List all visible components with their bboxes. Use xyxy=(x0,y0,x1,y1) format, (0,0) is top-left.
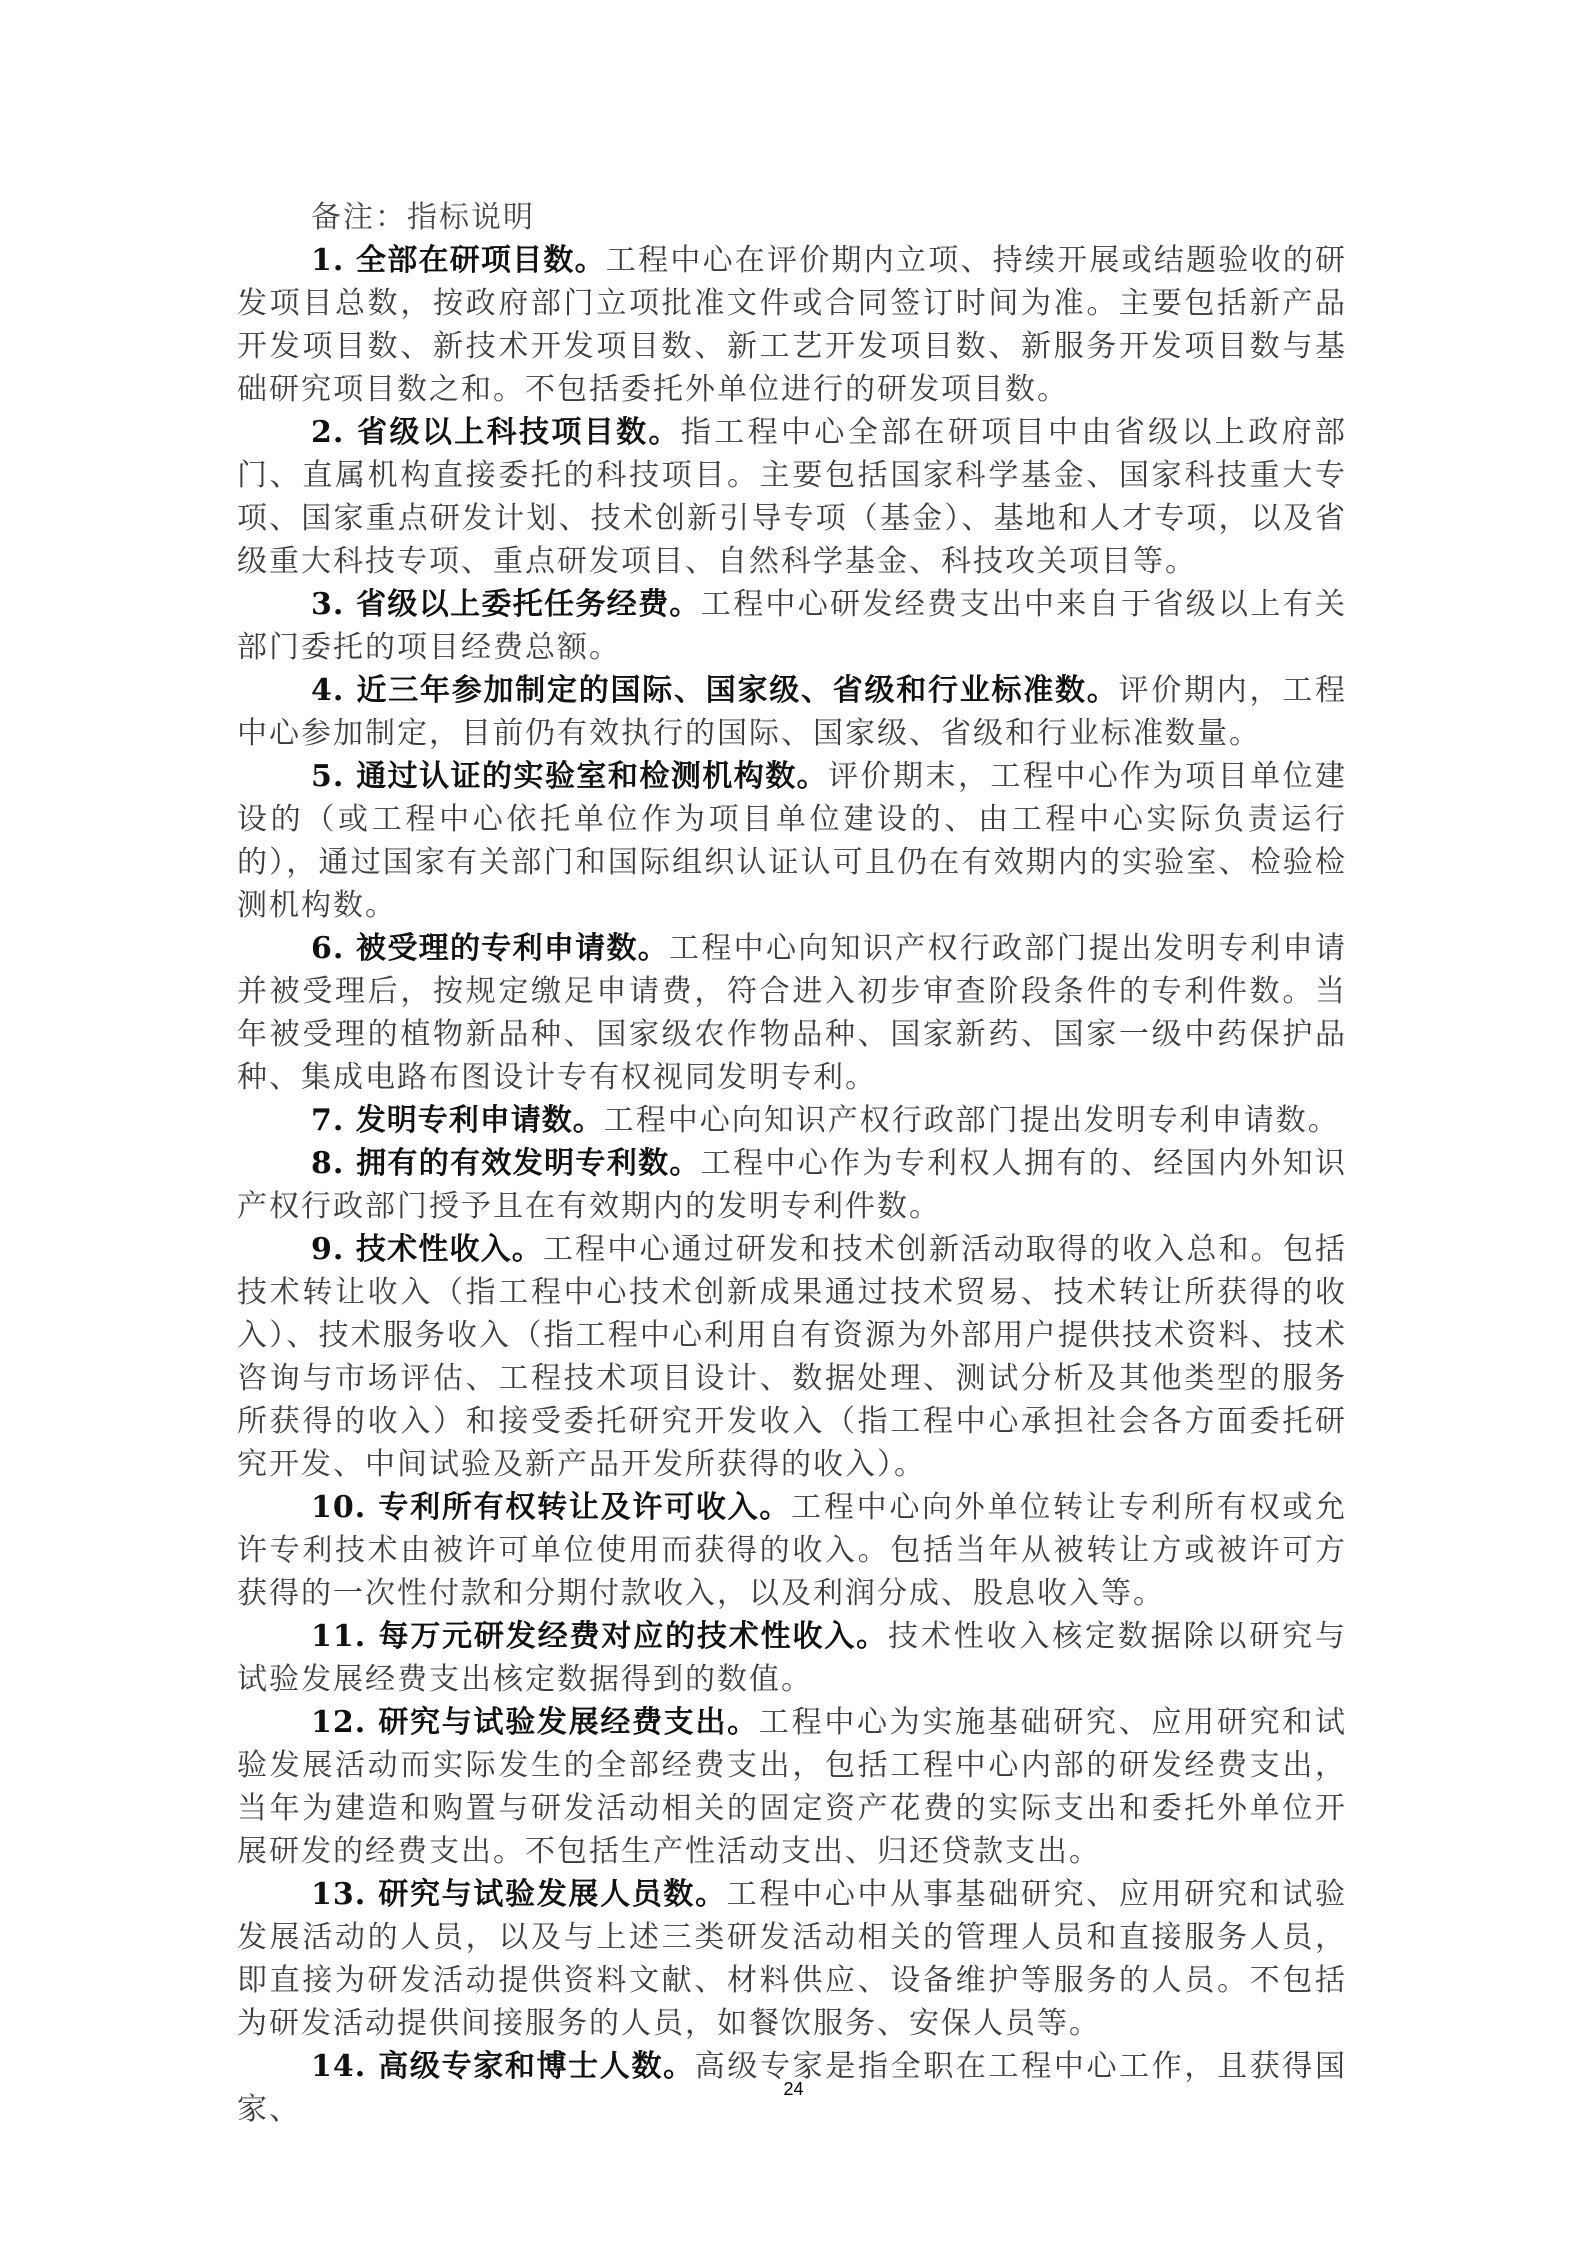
indicator-description: 工程中心向知识产权行政部门提出发明专利申请数。 xyxy=(604,1103,1340,1138)
indicator-item-11: 11. 每万元研发经费对应的技术性收入。技术性收入核定数据除以研究与试验发展经费… xyxy=(237,1615,1347,1701)
indicator-item-2: 2. 省级以上科技项目数。指工程中心全部在研项目中由省级以上政府部门、直属机构直… xyxy=(237,411,1347,583)
page-number: 24 xyxy=(0,2079,1587,2100)
indicator-item-7: 7. 发明专利申请数。工程中心向知识产权行政部门提出发明专利申请数。 xyxy=(237,1099,1347,1142)
indicator-term: 2. 省级以上科技项目数。 xyxy=(311,415,681,450)
indicator-term: 7. 发明专利申请数。 xyxy=(311,1103,604,1138)
indicator-term: 8. 拥有的有效发明专利数。 xyxy=(311,1146,701,1181)
document-body: 备注：指标说明 1. 全部在研项目数。工程中心在评价期内立项、持续开展或结题验收… xyxy=(237,196,1347,2131)
indicator-item-8: 8. 拥有的有效发明专利数。工程中心作为专利权人拥有的、经国内外知识产权行政部门… xyxy=(237,1142,1347,1228)
indicator-term: 4. 近三年参加制定的国际、国家级、省级和行业标准数。 xyxy=(311,673,1119,708)
indicator-item-1: 1. 全部在研项目数。工程中心在评价期内立项、持续开展或结题验收的研发项目总数，… xyxy=(237,239,1347,411)
note-heading: 备注：指标说明 xyxy=(237,196,1347,239)
indicator-item-9: 9. 技术性收入。工程中心通过研发和技术创新活动取得的收入总和。包括技术转让收入… xyxy=(237,1228,1347,1486)
indicator-item-4: 4. 近三年参加制定的国际、国家级、省级和行业标准数。评价期内，工程中心参加制定… xyxy=(237,669,1347,755)
indicator-item-13: 13. 研究与试验发展人员数。工程中心中从事基础研究、应用研究和试验发展活动的人… xyxy=(237,1873,1347,2045)
indicator-term: 11. 每万元研发经费对应的技术性收入。 xyxy=(311,1619,888,1654)
indicator-term: 9. 技术性收入。 xyxy=(311,1232,543,1267)
indicator-term: 3. 省级以上委托任务经费。 xyxy=(311,587,701,622)
indicator-term: 13. 研究与试验发展人员数。 xyxy=(311,1877,727,1912)
indicator-item-12: 12. 研究与试验发展经费支出。工程中心为实施基础研究、应用研究和试验发展活动而… xyxy=(237,1701,1347,1873)
indicator-term: 6. 被受理的专利申请数。 xyxy=(311,931,669,966)
indicator-term: 10. 专利所有权转让及许可收入。 xyxy=(311,1490,791,1525)
indicator-term: 12. 研究与试验发展经费支出。 xyxy=(311,1705,759,1740)
indicator-term: 1. 全部在研项目数。 xyxy=(311,243,606,278)
indicator-item-6: 6. 被受理的专利申请数。工程中心向知识产权行政部门提出发明专利申请并被受理后，… xyxy=(237,927,1347,1099)
indicator-term: 5. 通过认证的实验室和检测机构数。 xyxy=(311,759,828,794)
indicator-description: 工程中心通过研发和技术创新活动取得的收入总和。包括技术转让收入（指工程中心技术创… xyxy=(237,1232,1347,1482)
indicator-item-10: 10. 专利所有权转让及许可收入。工程中心向外单位转让专利所有权或允许专利技术由… xyxy=(237,1486,1347,1615)
indicator-item-3: 3. 省级以上委托任务经费。工程中心研发经费支出中来自于省级以上有关部门委托的项… xyxy=(237,583,1347,669)
indicator-item-5: 5. 通过认证的实验室和检测机构数。评价期末，工程中心作为项目单位建设的（或工程… xyxy=(237,755,1347,927)
